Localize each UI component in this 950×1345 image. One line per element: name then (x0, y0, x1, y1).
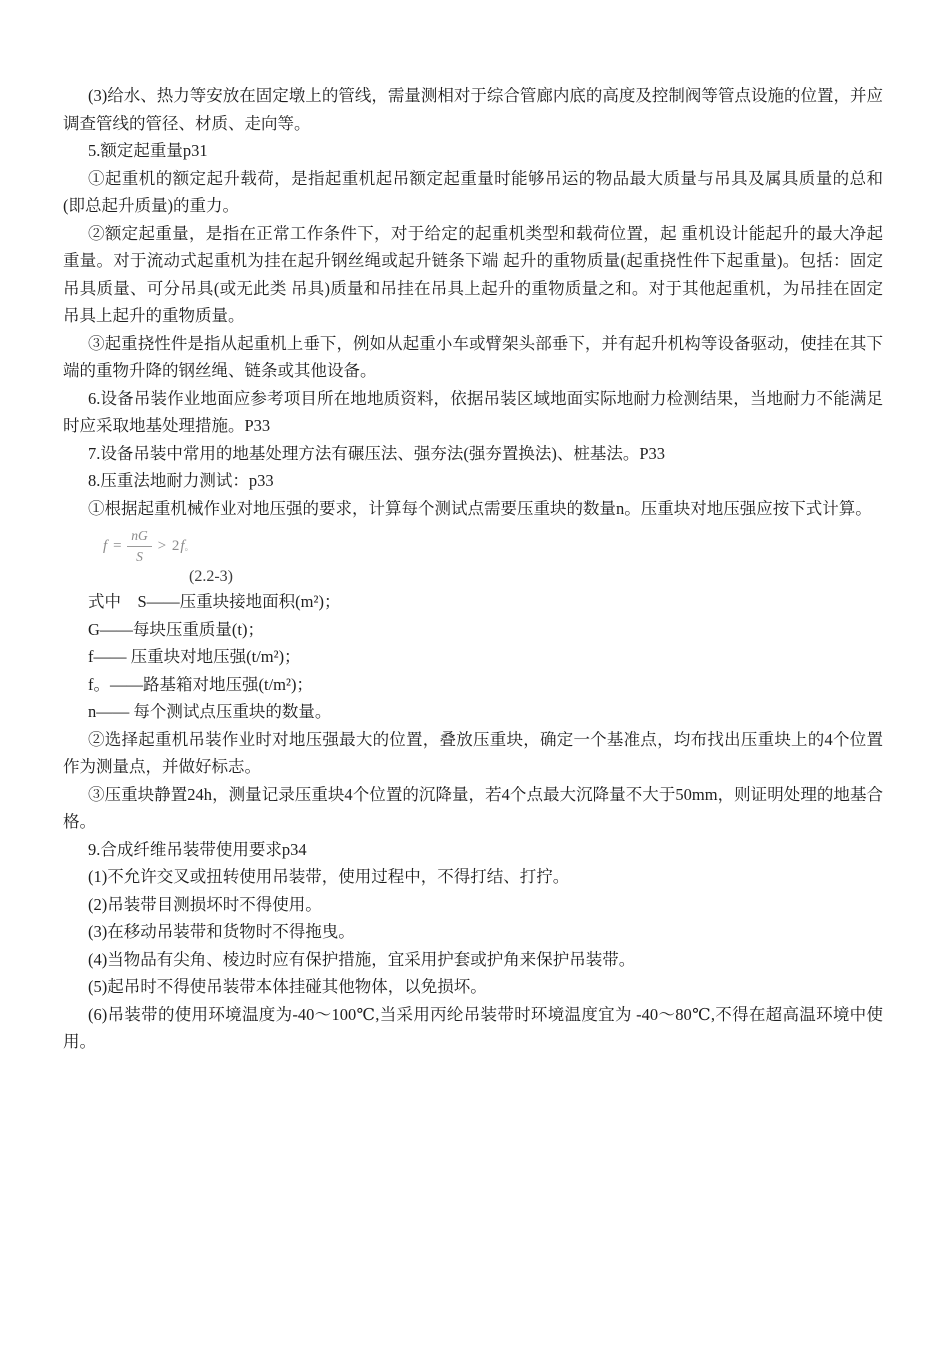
paragraph-9-4: (4)当物品有尖角、棱边时应有保护措施，宜采用护套或护角来保护吊装带。 (63, 946, 883, 974)
document-body: (3)给水、热力等安放在固定墩上的管线，需量测相对于综合管廊内底的高度及控制阀等… (63, 82, 883, 1056)
equation-number: (2.2-3) (189, 566, 883, 588)
paragraph-6-ground-bearing: 6.设备吊装作业地面应参考项目所在地地质资料，依据吊装区域地面实际地耐力检测结果… (63, 385, 883, 440)
fraction-numerator: nG (127, 527, 152, 547)
paragraph-9-2: (2)吊装带目测损坏时不得使用。 (63, 891, 883, 919)
definition-fo: f。——路基箱对地压强(t/m²)； (63, 671, 883, 699)
paragraph-3-pipelines: (3)给水、热力等安放在固定墩上的管线，需量测相对于综合管廊内底的高度及控制阀等… (63, 82, 883, 137)
definition-S: 式中 S——压重块接地面积(m²)； (63, 588, 883, 616)
paragraph-5-2: ②额定起重量，是指在正常工作条件下，对于给定的起重机类型和载荷位置，起 重机设计… (63, 220, 883, 330)
heading-9-sling-requirements: 9.合成纤维吊装带使用要求p34 (63, 836, 883, 864)
paragraph-8-3: ③压重块静置24h，测量记录压重块4个位置的沉降量，若4个点最大沉降量不大于50… (63, 781, 883, 836)
fraction-denominator: S (136, 547, 143, 566)
paragraph-9-5: (5)起吊时不得使吊装带本体挂碰其他物体，以免损坏。 (63, 973, 883, 1001)
definition-G: G——每块压重质量(t)； (63, 616, 883, 644)
coefficient: 2 (172, 537, 180, 555)
formula-rhs: 2f。 (172, 537, 194, 555)
definition-n: n—— 每个测试点压重块的数量。 (63, 698, 883, 726)
equals-sign: = (112, 537, 122, 555)
definition-f: f—— 压重块对地压强(t/m²)； (63, 643, 883, 671)
paragraph-9-1: (1)不允许交叉或扭转使用吊装带，使用过程中，不得打结、打拧。 (63, 863, 883, 891)
formula-lhs-variable: f (103, 537, 107, 555)
paragraph-7-foundation-methods: 7.设备吊装中常用的地基处理方法有碾压法、强夯法(强夯置换法)、桩基法。P33 (63, 440, 883, 468)
paragraph-8-1: ①根据起重机械作业对地压强的要求，计算每个测试点需要压重块的数量n。压重块对地压… (63, 495, 883, 523)
greater-than-sign: > (157, 537, 167, 555)
document-page: (3)给水、热力等安放在固定墩上的管线，需量测相对于综合管廊内底的高度及控制阀等… (0, 0, 950, 1345)
paragraph-5-3: ③起重挠性件是指从起重机上垂下，例如从起重小车或臂架头部垂下，并有起升机构等设备… (63, 330, 883, 385)
formula-2-2-3: f=nGS>2f。(2.2-3) (103, 527, 883, 588)
heading-5-rated-load: 5.额定起重量p31 (63, 137, 883, 165)
heading-8-load-test: 8.压重法地耐力测试：p33 (63, 467, 883, 495)
formula-expression: f=nGS>2f。 (103, 527, 883, 565)
paragraph-9-3: (3)在移动吊装带和货物时不得拖曳。 (63, 918, 883, 946)
rhs-subscript: 。 (185, 542, 194, 553)
paragraph-5-1: ①起重机的额定起升载荷，是指起重机起吊额定起重量时能够吊运的物品最大质量与吊具及… (63, 165, 883, 220)
paragraph-8-2: ②选择起重机吊装作业时对地压强最大的位置，叠放压重块，确定一个基准点，均布找出压… (63, 726, 883, 781)
fraction: nGS (127, 527, 152, 565)
paragraph-9-6: (6)吊装带的使用环境温度为-40～100℃,当采用丙纶吊装带时环境温度宜为 -… (63, 1001, 883, 1056)
